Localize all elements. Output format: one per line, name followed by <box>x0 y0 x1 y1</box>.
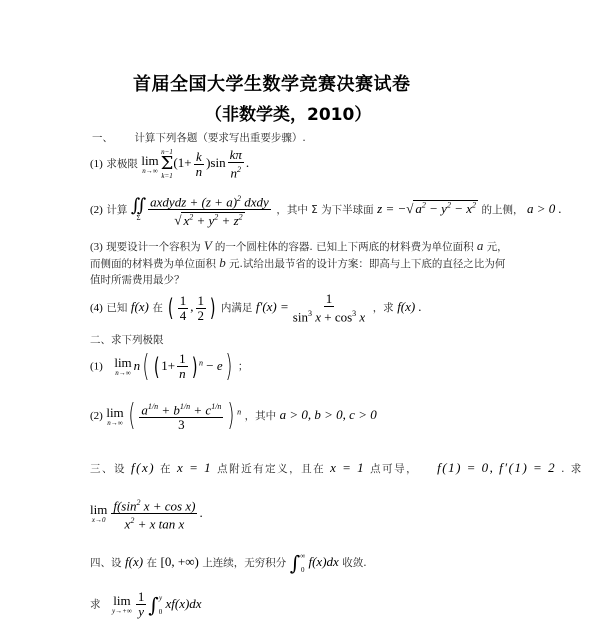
problem-label: (3) <box>90 241 103 253</box>
problem-text: 上连续，无穷积分 <box>202 557 286 569</box>
problem-text: 的一个圆柱体的容器. 已知上下两底的材料费为单位面积 <box>215 241 474 253</box>
problem-label: (2) <box>90 410 103 422</box>
problem-text: 点可导， <box>370 463 418 475</box>
math-condition: a > 0 . <box>527 201 562 216</box>
section-2-heading: 二、求下列极限 <box>90 332 164 347</box>
problem-text: 内满足 <box>221 302 253 314</box>
section-3-number: 三、设 <box>90 463 126 475</box>
problem-text: ，其中 <box>245 410 277 422</box>
section-4-number: 四、设 <box>90 557 122 569</box>
problem-1-1: (1) 求极限 limn→∞n−1Σk=1(1+kn)sinkπn2. <box>90 148 249 180</box>
page-subtitle: （非数学类，2010） <box>205 100 371 125</box>
math-fx: f(x) . <box>397 299 422 314</box>
problem-1-3: (3) 现要设计一个容积为 V 的一个圆柱体的容器. 已知上下两底的材料费为单位… <box>90 238 508 288</box>
section-1-text: 计算下列各题（要求写出重要步骤）. <box>134 132 305 144</box>
problem-text: 在 <box>147 557 158 569</box>
section-3-limit: limx→0f(sin2 x + cos x)x2 + x tan x. <box>90 496 203 532</box>
math-limit-integral: limy→+∞1y∫y0 xf(x)dx <box>112 598 202 611</box>
problem-text: 元.试给出最节省的设计方案：即高与上下底的直径之比为何 <box>229 258 505 270</box>
math-fx: f(x) <box>125 554 143 569</box>
problem-text: ，求 <box>373 302 394 314</box>
problem-text: ，其中 Σ 为下半球面 <box>276 204 373 216</box>
section-1-heading: 一、 计算下列各题（要求写出重要步骤）. <box>92 130 306 145</box>
problem-text: 在 <box>152 302 163 314</box>
problem-text: 已知 <box>106 302 127 314</box>
var-a: a <box>474 238 487 253</box>
problem-text: 在 <box>160 463 172 475</box>
math-x1: x = 1 <box>177 460 212 475</box>
problem-label: (1) <box>90 158 103 170</box>
section-3-statement: 三、设 f(x) 在 x = 1 点附近有定义，且在 x = 1 点可导， f(… <box>90 460 583 477</box>
section-4-statement: 四、设 f(x) 在 [0, +∞) 上连续，无穷积分 ∫∞0 f(x)dx 收… <box>90 552 367 574</box>
problem-text: ； <box>238 361 249 373</box>
math-condition: f(1) = 0, f′(1) = 2 <box>437 460 556 475</box>
problem-text: 计算 <box>106 204 127 216</box>
problem-text: 点附近有定义，且在 <box>217 463 325 475</box>
problem-1-2: (2) 计算 ∬Σaxdydz + (z + a)2 dxdy√x2 + y2 … <box>90 192 562 228</box>
math-surface-integral: ∬Σaxdydz + (z + a)2 dxdy√x2 + y2 + z2 <box>131 203 277 216</box>
math-limit-sum: limn→∞n−1Σk=1(1+kn)sinkπn2. <box>141 157 249 170</box>
math-hemisphere: z = −√a2 − y2 − x2 <box>377 200 478 216</box>
problem-text: 求 <box>90 599 101 611</box>
problem-label: (2) <box>90 204 103 216</box>
page-title: 首届全国大学生数学竞赛决赛试卷 <box>133 70 411 96</box>
math-interval: [0, +∞) <box>161 554 199 569</box>
section-1-number: 一、 <box>92 132 113 144</box>
problem-text: 元， <box>487 241 508 253</box>
var-V: V <box>201 238 215 253</box>
problem-label: (4) <box>90 302 103 314</box>
problem-text: . 求 <box>561 463 583 475</box>
math-derivative: f′(x) =1sin3 x + cos3 x <box>256 301 369 314</box>
problem-text: 的上侧， <box>481 204 523 216</box>
math-interval: (14,12) <box>166 301 217 314</box>
math-limit-means: limn→∞(a1/n + b1/n + c1/n3)n <box>106 409 244 422</box>
math-condition: a > 0, b > 0, c > 0 <box>280 407 377 422</box>
problem-text: 值时所需费用最少？ <box>90 274 185 286</box>
problem-2-1: (1) limn→∞n((1+1n)n − e) ； <box>90 352 248 381</box>
problem-text: 而侧面的材料费为单位面积 <box>90 258 216 270</box>
math-x1: x = 1 <box>330 460 365 475</box>
math-limit-e: limn→∞n((1+1n)n − e) <box>114 360 238 373</box>
problem-1-4: (4) 已知 f(x) 在 (14,12) 内满足 f′(x) =1sin3 x… <box>90 292 422 324</box>
math-fx: f(x) <box>131 460 155 475</box>
math-fx: f(x) <box>131 299 149 314</box>
section-4-ask: 求 limy→+∞1y∫y0 xf(x)dx <box>90 590 202 619</box>
problem-label: (1) <box>90 361 103 373</box>
var-b: b <box>216 255 229 270</box>
problem-text: 现要设计一个容积为 <box>106 241 201 253</box>
math-improper-integral: ∫∞0 f(x)dx <box>290 556 339 569</box>
problem-text: 求极限 <box>106 158 138 170</box>
problem-2-2: (2) limn→∞(a1/n + b1/n + c1/n3)n ，其中 a >… <box>90 400 377 432</box>
problem-text: 收敛. <box>342 557 366 569</box>
